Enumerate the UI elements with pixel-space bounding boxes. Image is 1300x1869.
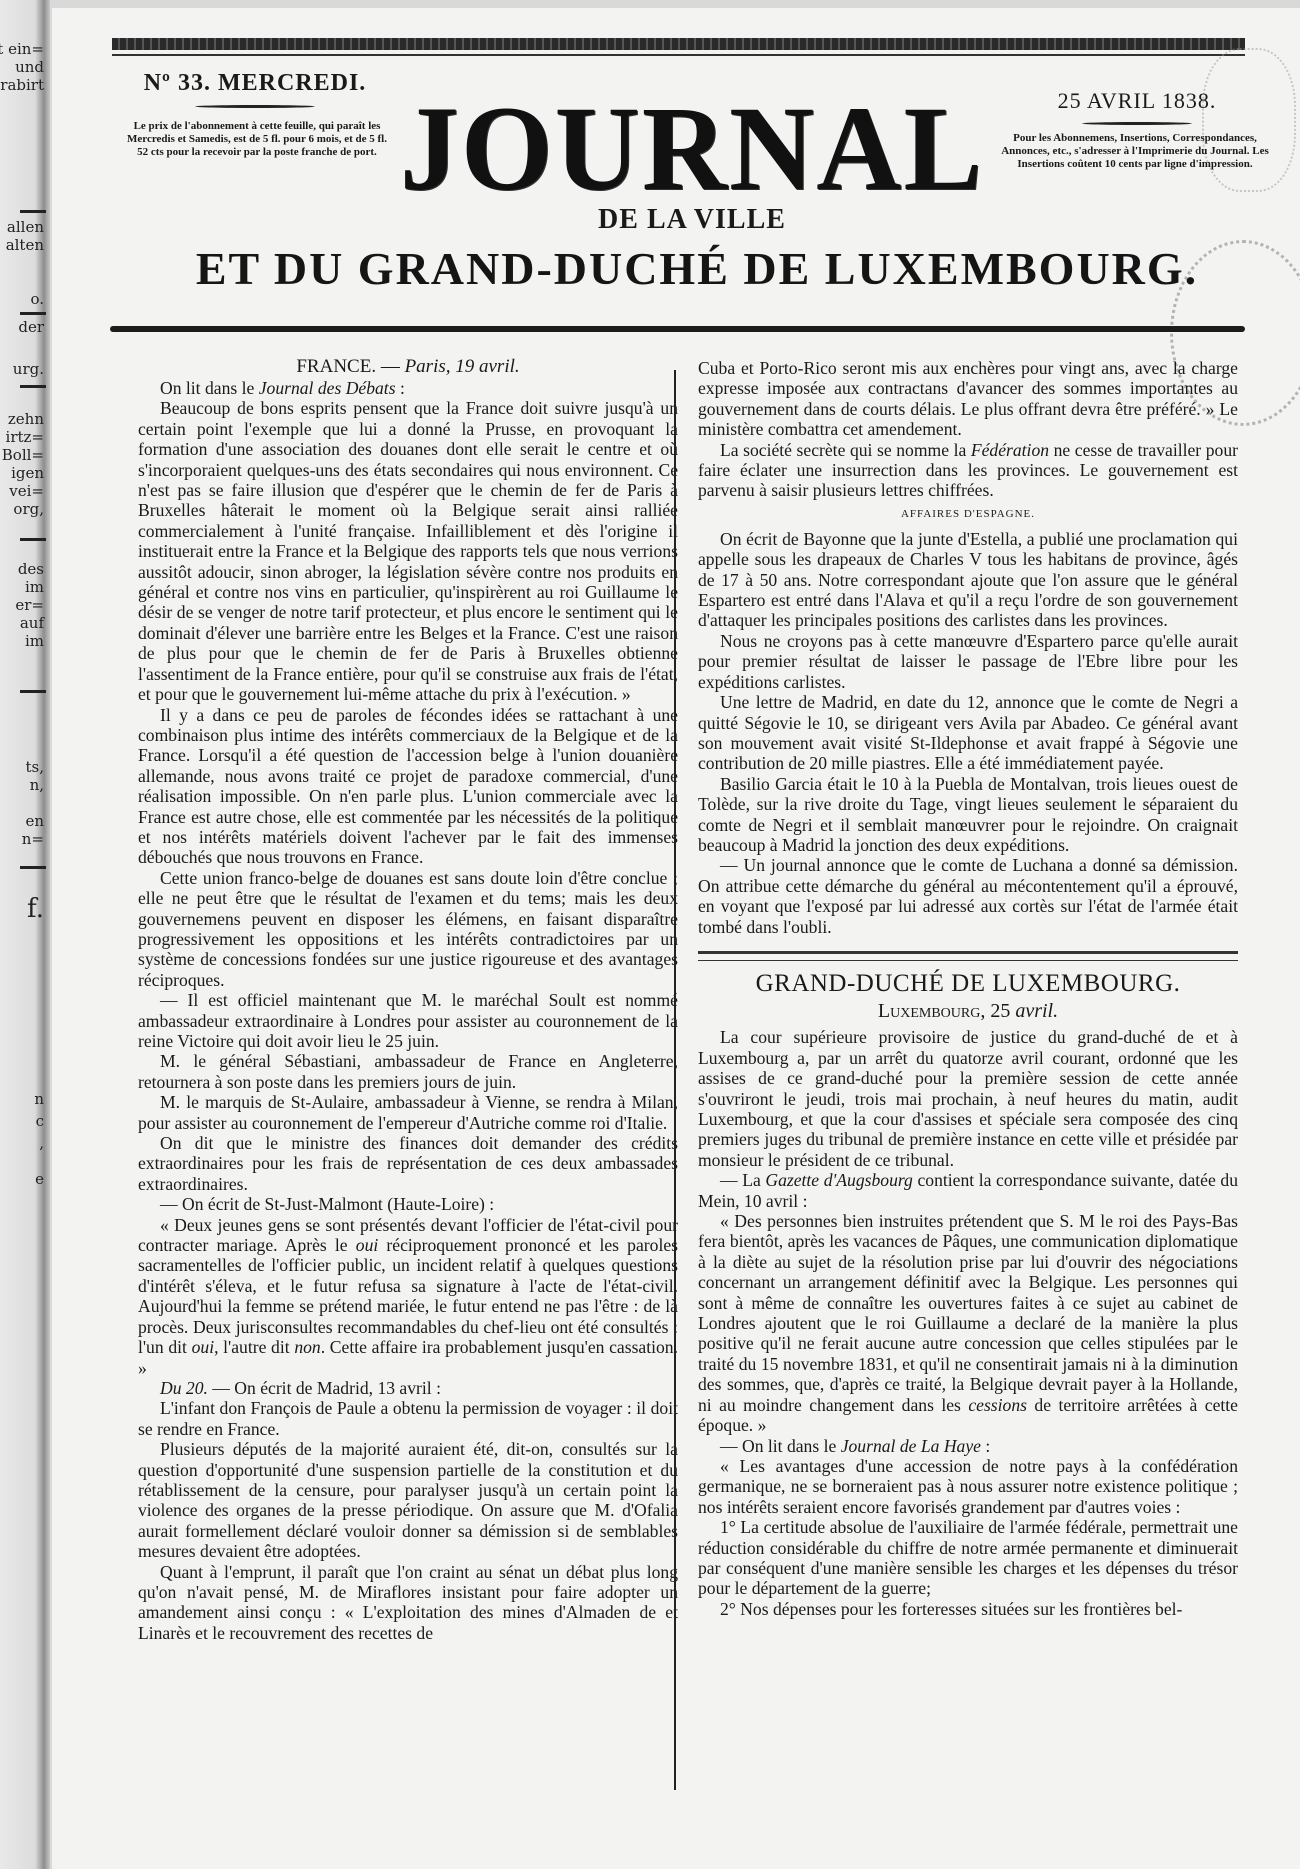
paragraph: Plusieurs députés de la majorité auraien… <box>138 1439 678 1561</box>
margin-fragment: urg. <box>13 360 44 378</box>
ornament-rule <box>1082 122 1192 125</box>
margin-fragment: , <box>39 1134 44 1152</box>
margin-fragment: er= <box>15 596 44 614</box>
margin-rule <box>20 690 46 693</box>
margin-fragment: des <box>18 560 44 578</box>
issue-number: Nº 33. MERCREDI. <box>130 70 380 108</box>
margin-fragment: Boll= <box>2 446 44 464</box>
newspaper-page: Nº 33. MERCREDI. Le prix de l'abonnement… <box>52 8 1300 1869</box>
margin-fragment: igen <box>11 464 44 482</box>
paragraph: — Un journal annonce que le comte de Luc… <box>698 855 1238 937</box>
paragraph: On écrit de Bayonne que la junte d'Estel… <box>698 529 1238 631</box>
margin-fragment: auf <box>20 614 44 632</box>
paragraph: Nous ne croyons pas à cette manœuvre d'E… <box>698 631 1238 692</box>
section-heading-spain: AFFAIRES D'ESPAGNE. <box>698 507 1238 521</box>
margin-fragment: n= <box>22 830 44 848</box>
section-heading-luxembourg: GRAND-DUCHÉ DE LUXEMBOURG. <box>698 969 1238 999</box>
paragraph: Basilio Garcia était le 10 à la Puebla d… <box>698 774 1238 856</box>
margin-rule <box>20 538 46 541</box>
paragraph: On lit dans le Journal des Débats : <box>138 378 678 398</box>
paragraph: M. le marquis de St-Aulaire, ambassadeur… <box>138 1092 678 1133</box>
margin-rule <box>20 385 46 388</box>
paragraph: « Des personnes bien instruites prétende… <box>698 1211 1238 1435</box>
paragraph: La cour supérieure provisoire de justice… <box>698 1027 1238 1170</box>
section-heading-france: FRANCE. — Paris, 19 avril. <box>138 356 678 378</box>
margin-fragment: alten <box>6 236 44 254</box>
margin-rule <box>20 210 46 213</box>
paragraph: Cuba et Porto-Rico seront mis aux enchèr… <box>698 358 1238 440</box>
subscription-notice: Le prix de l'abonnement à cette feuille,… <box>122 120 392 159</box>
masthead-rule <box>110 326 1245 332</box>
issue-date: 25 AVRIL 1838. <box>1012 88 1262 125</box>
margin-fragment: f. <box>27 900 44 918</box>
paragraph: On dit que le ministre des finances doit… <box>138 1133 678 1194</box>
column-divider <box>674 370 676 1790</box>
paragraph: Il y a dans ce peu de paroles de féconde… <box>138 705 678 868</box>
margin-fragment: zehn <box>8 410 44 428</box>
margin-fragment: e <box>35 1170 44 1188</box>
paragraph: Du 20. — On écrit de Madrid, 13 avril : <box>138 1378 678 1398</box>
right-column: Cuba et Porto-Rico seront mis aux enchèr… <box>698 358 1238 1619</box>
margin-fragment: en <box>25 812 44 830</box>
dateline: Luxembourg, 25 avril. <box>698 1001 1238 1021</box>
top-thin-rule <box>112 54 1245 56</box>
paragraph: — On écrit de St-Just-Malmont (Haute-Loi… <box>138 1194 678 1214</box>
margin-fragment: und <box>15 58 44 76</box>
margin-fragment: t ein= <box>0 40 44 58</box>
margin-fragment: n, <box>30 776 44 794</box>
paragraph: — Il est officiel maintenant que M. le m… <box>138 990 678 1051</box>
paragraph: 2° Nos dépenses pour les forteresses sit… <box>698 1599 1238 1619</box>
margin-fragment: c <box>36 1112 44 1130</box>
masthead-title: JOURNAL <box>392 89 992 209</box>
paragraph: La société secrète qui se nomme la Fédér… <box>698 440 1238 501</box>
margin-rule <box>20 866 46 869</box>
margin-fragment: n <box>34 1090 44 1108</box>
contact-notice: Pour les Abonnemens, Insertions, Corresp… <box>1000 132 1270 171</box>
ornament-rule <box>195 105 315 108</box>
paragraph: Cette union franco-belge de douanes est … <box>138 868 678 990</box>
paragraph: L'infant don François de Paule a obtenu … <box>138 1398 678 1439</box>
margin-fragment: vei= <box>9 482 44 500</box>
left-column: FRANCE. — Paris, 19 avril. On lit dans l… <box>138 356 678 1643</box>
margin-fragment: o. <box>30 290 44 308</box>
margin-fragment: der <box>18 318 44 336</box>
masthead-subtitle: DE LA VILLE <box>492 204 892 236</box>
margin-fragment: ts, <box>26 758 45 776</box>
issue-label: Nº 33. MERCREDI. <box>144 70 367 96</box>
paragraph: « Les avantages d'une accession de notre… <box>698 1456 1238 1517</box>
masthead-subtitle-main: ET DU GRAND-DUCHÉ DE LUXEMBOURG. <box>142 242 1252 296</box>
paragraph: 1° La certitude absolue de l'auxiliaire … <box>698 1517 1238 1599</box>
adjacent-page-margin: t ein= und rabirt allen alten o. der urg… <box>0 0 50 1869</box>
margin-fragment: org, <box>13 500 44 518</box>
margin-fragment: im <box>25 578 44 596</box>
paragraph: Beaucoup de bons esprits pensent que la … <box>138 398 678 704</box>
paragraph: M. le général Sébastiani, ambassadeur de… <box>138 1051 678 1092</box>
paragraph: « Deux jeunes gens se sont présentés dev… <box>138 1215 678 1378</box>
paragraph: Quant à l'emprunt, il paraît que l'on cr… <box>138 1562 678 1644</box>
paragraph: Une lettre de Madrid, en date du 12, ann… <box>698 692 1238 774</box>
margin-fragment: im <box>25 632 44 650</box>
margin-rule <box>20 312 46 315</box>
margin-fragment: rabirt <box>0 76 44 94</box>
paragraph: — La Gazette d'Augsbourg contient la cor… <box>698 1170 1238 1211</box>
date-label: 25 AVRIL 1838. <box>1058 88 1217 113</box>
margin-fragment: allen <box>7 218 44 236</box>
section-rule <box>698 951 1238 961</box>
top-ornamental-bar <box>112 38 1245 50</box>
margin-fragment: irtz= <box>6 428 44 446</box>
paragraph: — On lit dans le Journal de La Haye : <box>698 1436 1238 1456</box>
